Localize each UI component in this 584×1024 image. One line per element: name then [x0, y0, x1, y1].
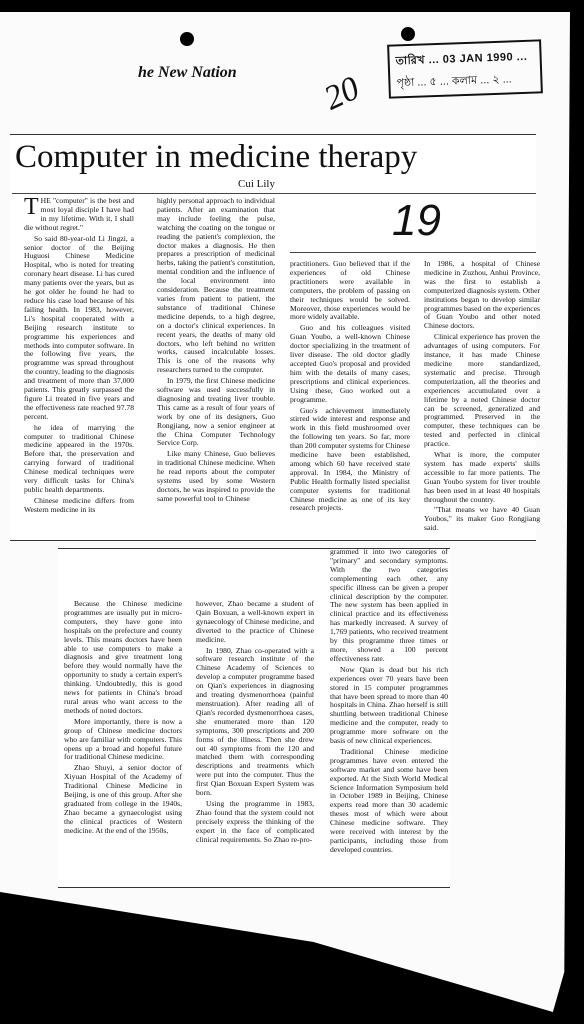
handwritten-page-number: 19 [392, 196, 441, 246]
paragraph: In 1986, a hospital of Chinese medicine … [424, 260, 540, 331]
punch-hole-left [180, 32, 194, 46]
stamp-page-line: পৃষ্ঠা ... ৫ ... কলাম ... ২ ... [396, 70, 512, 93]
paragraph: "That means we have 40 Guan Youbos," its… [424, 506, 540, 533]
paragraph: practitioners. Guo believed that if the … [290, 260, 410, 322]
paragraph: Guo and his colleagues visited Guan Youb… [290, 324, 410, 404]
paragraph: In 1980, Zhao co-operated with a softwar… [196, 647, 314, 798]
paragraph: Chinese medicine differs from Western me… [24, 497, 134, 515]
paragraph: What is more, the computer system has ma… [424, 451, 540, 504]
paragraph: Like many Chinese, Guo believes in tradi… [157, 450, 275, 503]
paragraph: Because the Chinese medicine programmes … [64, 600, 182, 716]
paragraph: highly personal approach to individual p… [157, 197, 275, 375]
publication-name: he New Nation [138, 64, 237, 82]
paragraph: Clinical experience has proven the advan… [424, 333, 540, 449]
paragraph: grammed it into two categories of "prima… [330, 548, 448, 664]
article-column-2: highly personal approach to individual p… [157, 197, 275, 506]
paragraph: Zhao Shuyi, a senior doctor of Xiyuan Ho… [64, 764, 182, 835]
article-column-5: Because the Chinese medicine programmes … [64, 600, 182, 838]
article-column-7: grammed it into two categories of "prima… [330, 548, 448, 857]
paragraph: THE "computer" is the best and most loya… [24, 197, 134, 233]
paragraph: however, Zhao became a student of Qain B… [196, 600, 314, 645]
paragraph: Now Qian is dead but his rich experience… [330, 666, 448, 746]
article-column-6: however, Zhao became a student of Qain B… [196, 600, 314, 846]
paragraph: So said 80-year-old Li Jingzi, a senior … [24, 235, 134, 422]
drop-cap: T [24, 197, 39, 217]
article-column-1: THE "computer" is the best and most loya… [24, 197, 134, 517]
article-headline: Computer in medicine therapy [15, 138, 535, 176]
article-column-3: practitioners. Guo believed that if the … [290, 260, 410, 515]
paragraph: he idea of marrying the computer to trad… [24, 424, 134, 495]
punch-hole-right [401, 27, 415, 41]
stamp-date-line: তারিখ ... 03 JAN 1990 ... [395, 48, 527, 72]
paragraph: Using the programme in 1983, Zhao found … [196, 800, 314, 845]
paragraph: In 1979, the first Chinese medicine soft… [157, 377, 275, 448]
date-stamp: তারিখ ... 03 JAN 1990 ... পৃষ্ঠা ... ৫ .… [387, 39, 543, 98]
paragraph: Traditional Chinese medicine programmes … [330, 748, 448, 855]
headline-rule [12, 193, 536, 194]
column-top-rule [290, 252, 536, 253]
article-byline: Cui Lily [238, 178, 275, 190]
paragraph: Guo's achievement immediately stirred wi… [290, 407, 410, 514]
article-column-4: In 1986, a hospital of Chinese medicine … [424, 260, 540, 535]
paragraph: More importantly, there is now a group o… [64, 718, 182, 763]
